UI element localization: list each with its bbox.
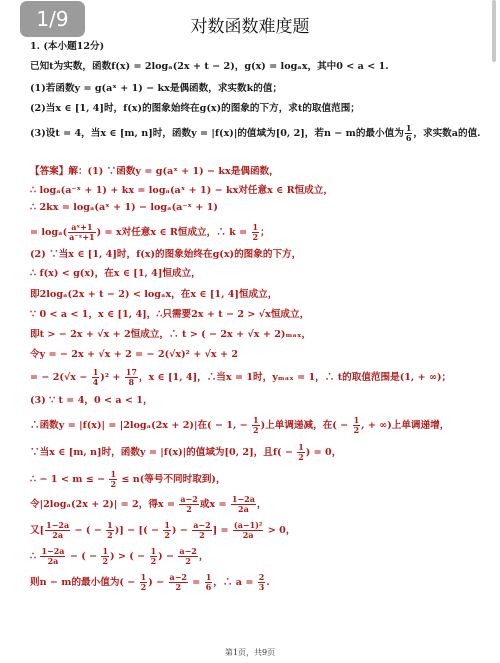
fraction: 1−2a2a xyxy=(45,521,70,540)
answer-line-11: = − 2(√x − 14)² + 178，x ∈ [1, 4]，∴当x = 1… xyxy=(30,368,451,387)
question-header: 1. (本小题12分) xyxy=(30,40,104,54)
fraction: a−22 xyxy=(169,573,188,592)
fraction: 1−2a2a xyxy=(231,495,256,514)
answer-line-17: 又[1−2a2a − ( − 12)] − [( − 12) − a−22] =… xyxy=(30,521,295,540)
fraction: 12 xyxy=(150,547,158,566)
problem-stem: 已知t为实数，函数f(x) = 2logₐ(2x + t − 2)，g(x) =… xyxy=(30,60,389,74)
answer-line-4: = logₐ(aˣ+1a⁻ˣ+1) = x对任意x ∈ R恒成立，∴ k = 1… xyxy=(30,223,270,242)
answer-line-14: ∵当x ∈ [m, n]时，函数y = |f(x)|的值域为[0, 2]，且f(… xyxy=(30,443,341,462)
answer-line-12: (3) ∵ t = 4，0 < a < 1， xyxy=(30,394,153,408)
fraction: 178 xyxy=(125,368,138,387)
answer-line-1: 【答案】解：(1) ∵函数y = g(aˣ + 1) − kx是偶函数， xyxy=(30,165,279,179)
fraction: a−22 xyxy=(179,495,198,514)
answer-line-10: 令y = − 2x + √x + 2 = − 2(√x)² + √x + 2 xyxy=(30,348,238,362)
answer-line-19: 则n − m的最小值为( − 12) − a−22 = 16，∴ a = 23. xyxy=(30,573,270,592)
fraction: 14 xyxy=(92,368,100,387)
problem-part2: (2)当x ∈ [1, 4]时，f(x)的图象始终在g(x)的图象的下方，求t的… xyxy=(30,102,360,116)
fraction: 12 xyxy=(353,416,361,435)
fraction: 16 xyxy=(205,573,213,592)
fraction: a−22 xyxy=(192,521,211,540)
answer-line-8: ∵ 0 < a < 1，x ∈ [1, 4]，∴只需要2x + t − 2 > … xyxy=(30,308,309,322)
document-title: 对数函数难度题 xyxy=(0,12,500,37)
problem-part3: (3)设t = 4，当x ∈ [m, n]时，函数y = |f(x)|的值域为[… xyxy=(30,124,481,143)
fraction: 12 xyxy=(297,443,305,462)
answer-line-2: ∴ logₐ(a⁻ˣ + 1) + kx = logₐ(aˣ + 1) − kx… xyxy=(30,184,333,198)
fraction: (a−1)²2a xyxy=(233,521,264,540)
answer-line-5: (2) ∵当x ∈ [1, 4]时，f(x)的图象始终在g(x)的图象的下方， xyxy=(30,248,301,262)
answer-line-16: 令|2logₐ(2x + 2)| = 2，得x = a−22或x = 1−2a2… xyxy=(30,495,266,514)
fraction: 12 xyxy=(101,547,109,566)
answer-line-9: 即t > − 2x + √x + 2恒成立，∴ t > ( − 2x + √x … xyxy=(30,328,311,342)
fraction: 12 xyxy=(252,416,260,435)
fraction: 16 xyxy=(405,124,413,143)
problem-part1: (1)若函数y = g(aˣ + 1) − kx是偶函数，求实数k的值； xyxy=(30,82,282,96)
answer-line-3: ∴ 2kx = logₐ(aˣ + 1) − logₐ(a⁻ˣ + 1) xyxy=(30,201,218,215)
fraction: 12 xyxy=(140,573,148,592)
fraction: 12 xyxy=(106,521,114,540)
fraction: 1−2a2a xyxy=(40,547,65,566)
fraction: a−22 xyxy=(178,547,197,566)
answer-line-7: 即2logₐ(2x + t − 2) < logₐx，在x ∈ [1, 4]恒成… xyxy=(30,288,277,302)
fraction: aˣ+1a⁻ˣ+1 xyxy=(68,223,95,242)
fraction: 12 xyxy=(163,521,171,540)
answer-line-15: ∴ − 1 < m ≤ − 12 ≤ n(等号不同时取到)， xyxy=(30,470,226,489)
answer-line-6: ∴ f(x) < g(x)，在x ∈ [1, 4]恒成立， xyxy=(30,267,201,281)
fraction: 12 xyxy=(252,223,260,242)
fraction: 12 xyxy=(109,470,117,489)
answer-line-18: ∴ 1−2a2a − ( − 12) > ( − 12) − a−22， xyxy=(30,547,208,566)
answer-line-13: ∴函数y = |f(x)| = |2logₐ(2x + 2)|在( − 1, −… xyxy=(30,416,449,435)
fraction: 23 xyxy=(258,573,266,592)
page-footer: 第1页，共9页 xyxy=(0,647,500,658)
part3-text: (3)设t = 4，当x ∈ [m, n]时，函数y = |f(x)|的值域为[… xyxy=(30,128,404,139)
